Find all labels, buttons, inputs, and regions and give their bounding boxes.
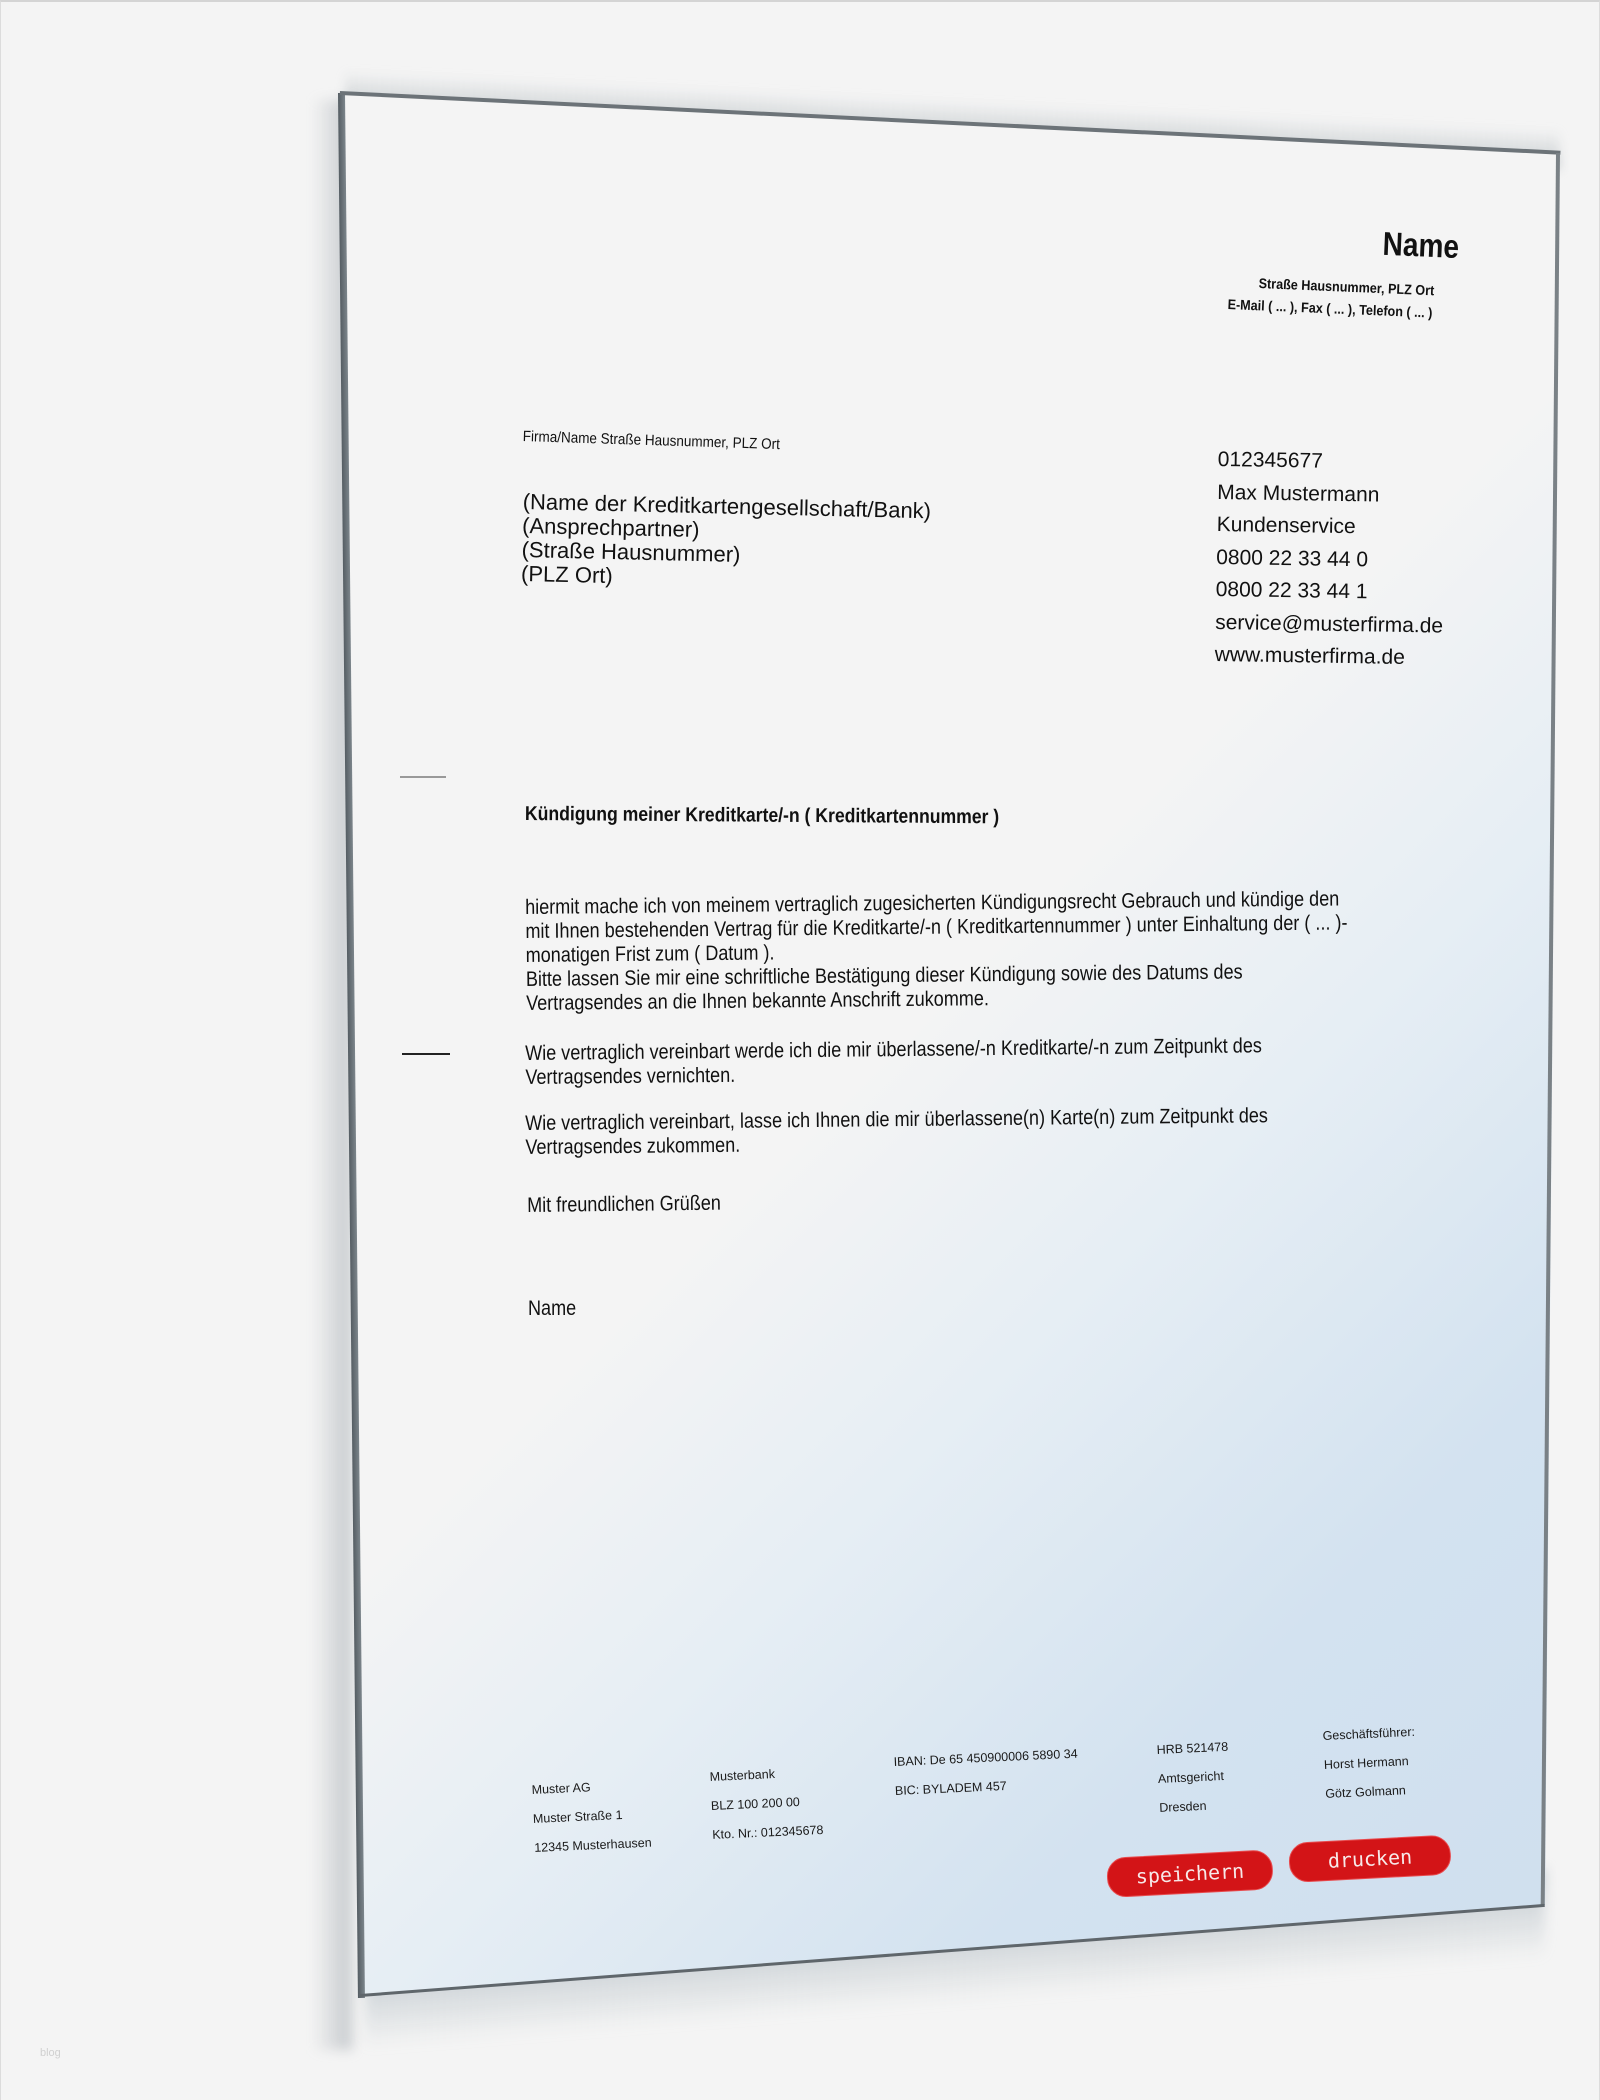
closing: Mit freundlichen Grüßen [527,1192,721,1218]
customer-number: 012345677 [1217,444,1445,480]
footer-line: 12345 Musterhausen [534,1829,653,1863]
body-paragraph-3: Wie vertraglich vereinbart, lasse ich Ih… [525,1104,1268,1160]
footer-line: Geschäftsführer: [1322,1718,1416,1751]
website: www.musterfirma.de [1214,639,1442,675]
footer-line: Dresden [1159,1791,1232,1823]
footer-iban: IBAN: De 65 450900006 5890 34 BIC: BYLAD… [893,1740,1080,1806]
footer-bank: Musterbank BLZ 100 200 00 Kto. Nr.: 0123… [709,1758,824,1850]
sender-name: Name [1382,225,1460,266]
body-paragraph-2: Wie vertraglich vereinbart werde ich die… [525,1034,1262,1090]
phone: 0800 22 33 44 0 [1216,541,1444,577]
fold-mark [402,1053,450,1055]
watermark: blog [40,2047,61,2059]
contact-block: 012345677 Max Mustermann Kundenservice 0… [1214,444,1445,675]
print-button[interactable]: drucken [1288,1835,1452,1883]
department: Kundenservice [1216,509,1444,545]
contact-person: Max Mustermann [1217,476,1445,512]
footer-line: Amtsgericht [1157,1762,1230,1794]
recipient-address: (Name der Kreditkartengesellschaft/Bank)… [521,490,931,595]
fax: 0800 22 33 44 1 [1215,574,1443,610]
letter-subject: Kündigung meiner Kreditkarte/-n ( Kredit… [525,803,999,829]
footer-line: Götz Golmann [1325,1776,1419,1809]
footer-management: Geschäftsführer: Horst Hermann Götz Golm… [1322,1718,1418,1809]
email: service@musterfirma.de [1215,606,1443,642]
footer-line: HRB 521478 [1156,1733,1229,1765]
signature: Name [528,1297,576,1321]
footer-line: Kto. Nr.: 012345678 [712,1816,824,1850]
footer-line: Horst Hermann [1323,1747,1417,1780]
footer-register: HRB 521478 Amtsgericht Dresden [1156,1733,1231,1823]
footer-company: Muster AG Muster Straße 1 12345 Musterha… [531,1771,652,1863]
fold-mark [400,776,446,778]
body-paragraph-1: hiermit mache ich von meinem vertraglich… [525,887,1348,1016]
